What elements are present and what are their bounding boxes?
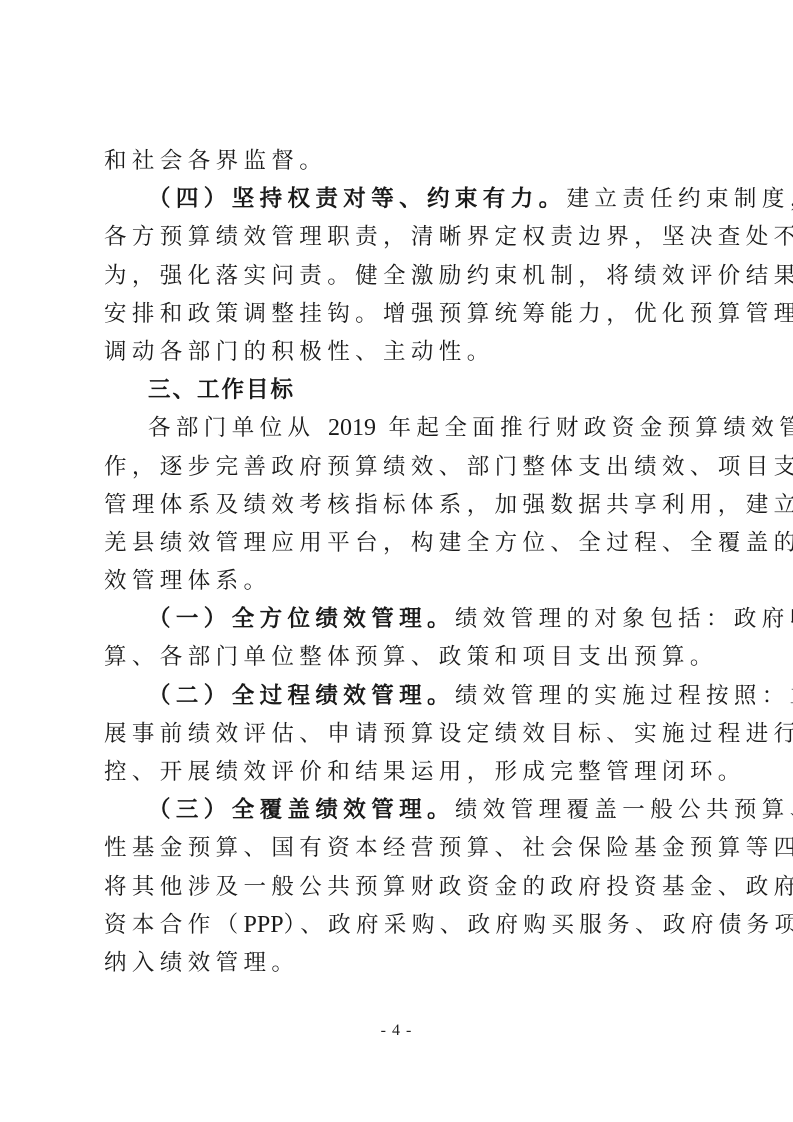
ppp-acronym: PPP [244, 912, 284, 938]
line-text: 展事前绩效评估、申请预算设定绩效目标、实施过程进行绩效监 [104, 721, 793, 747]
line-text: 为，强化落实问责。健全激励约束机制，将绩效评价结果与预算 [104, 263, 793, 289]
paragraph-line: 各方预算绩效管理职责，清晰界定权责边界，坚决查处不作为行 [104, 222, 692, 260]
section-title-work-goals: 三、工作目标 [148, 377, 295, 403]
paragraph-line: 安排和政策调整挂钩。增强预算统筹能力，优化预算管理流程， [104, 299, 692, 337]
paragraph-line: 调动各部门的积极性、主动性。 [104, 337, 692, 375]
paragraph-line: 算、各部门单位整体预算、政策和项目支出预算。 [104, 642, 692, 680]
paragraph-line: 效管理体系。 [104, 566, 692, 604]
year-number: 2019 [328, 415, 376, 441]
paragraph-line: 控、开展绩效评价和结果运用，形成完整管理闭环。 [104, 757, 692, 795]
line-text: 算、各部门单位整体预算、政策和项目支出预算。 [104, 644, 718, 670]
line-text: 性基金预算、国有资本经营预算、社会保险基金预算等四本预算， [104, 835, 793, 861]
line-text: 年起全面推行财政资金预算绩效管理工 [389, 415, 793, 441]
paragraph-line: 资本合作（PPP）、政府采购、政府购买服务、政府债务项目等 [104, 910, 692, 948]
line-text: 和社会各界监督。 [104, 148, 327, 174]
document-body: 和社会各界监督。 （四）坚持权责对等、约束有力。建立责任约束制度，明确 各方预算… [104, 146, 692, 986]
paragraph-line: 羌县绩效管理应用平台，构建全方位、全过程、全覆盖的预算绩 [104, 528, 692, 566]
paragraph-three-start: （三）全覆盖绩效管理。绩效管理覆盖一般公共预算、政府 [104, 795, 692, 833]
page-number: - 4 - [0, 1022, 793, 1040]
line-text: 绩效管理覆盖一般公共预算、政府 [455, 797, 793, 823]
line-text: 将其他涉及一般公共预算财政资金的政府投资基金、政府与社会 [104, 874, 793, 900]
line-text: 纳入绩效管理。 [104, 950, 299, 976]
line-text: 建立责任约束制度，明确 [567, 186, 793, 212]
section-heading: 三、工作目标 [104, 375, 692, 413]
paragraph-line: 作，逐步完善政府预算绩效、部门整体支出绩效、项目支出绩效 [104, 452, 692, 490]
line-text: 调动各部门的积极性、主动性。 [104, 339, 495, 365]
line-text: 绩效管理的实施过程按照：立项开 [455, 683, 793, 709]
line-text: 作，逐步完善政府预算绩效、部门整体支出绩效、项目支出绩效 [104, 454, 793, 480]
paragraph-one-start: （一）全方位绩效管理。绩效管理的对象包括：政府收支预 [104, 604, 692, 642]
paragraph-two-start: （二）全过程绩效管理。绩效管理的实施过程按照：立项开 [104, 681, 692, 719]
line-text: ）、政府采购、政府购买服务、政府债务项目等 [284, 912, 793, 938]
paragraph-goals-start: 各部门单位从 2019 年起全面推行财政资金预算绩效管理工 [104, 413, 692, 451]
line-text: 羌县绩效管理应用平台，构建全方位、全过程、全覆盖的预算绩 [104, 530, 793, 556]
paragraph-heading-four: （四）坚持权责对等、约束有力。 [148, 186, 567, 212]
paragraph-line: 展事前绩效评估、申请预算设定绩效目标、实施过程进行绩效监 [104, 719, 692, 757]
line-text: 资本合作（ [104, 912, 244, 938]
line-text: 安排和政策调整挂钩。增强预算统筹能力，优化预算管理流程， [104, 301, 793, 327]
line-text: 效管理体系。 [104, 568, 271, 594]
paragraph-line: 性基金预算、国有资本经营预算、社会保险基金预算等四本预算， [104, 833, 692, 871]
paragraph-heading-one: （一）全方位绩效管理。 [148, 606, 455, 632]
line-text: 管理体系及绩效考核指标体系，加强数据共享利用，建立完善若 [104, 492, 793, 518]
paragraph-four-start: （四）坚持权责对等、约束有力。建立责任约束制度，明确 [104, 184, 692, 222]
line-text: 各部门单位从 [148, 415, 315, 441]
paragraph-line: 管理体系及绩效考核指标体系，加强数据共享利用，建立完善若 [104, 490, 692, 528]
paragraph-line: 将其他涉及一般公共预算财政资金的政府投资基金、政府与社会 [104, 872, 692, 910]
paragraph-line: 为，强化落实问责。健全激励约束机制，将绩效评价结果与预算 [104, 261, 692, 299]
line-text: 各方预算绩效管理职责，清晰界定权责边界，坚决查处不作为行 [104, 224, 793, 250]
paragraph-heading-two: （二）全过程绩效管理。 [148, 683, 455, 709]
line-text: 绩效管理的对象包括：政府收支预 [455, 606, 793, 632]
line-text: 控、开展绩效评价和结果运用，形成完整管理闭环。 [104, 759, 746, 785]
paragraph-line: 纳入绩效管理。 [104, 948, 692, 986]
paragraph-heading-three: （三）全覆盖绩效管理。 [148, 797, 455, 823]
paragraph-line: 和社会各界监督。 [104, 146, 692, 184]
